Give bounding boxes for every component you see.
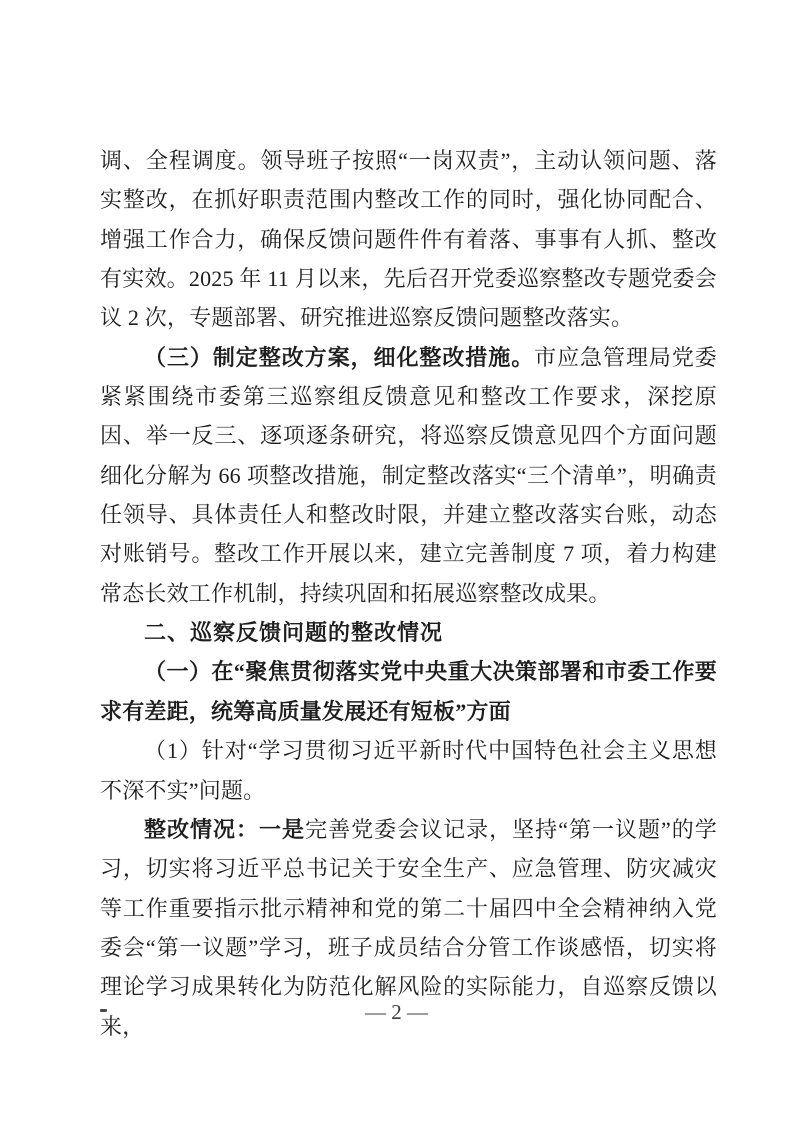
heading-part-two: 二、巡察反馈问题的整改情况 [100,613,717,652]
text-run-bold: 整改情况：一是 [144,817,305,842]
document-page: 调、全程调度。领导班子按照“一岗双责”，主动认领问题、落实整改，在抓好职责范围内… [0,0,793,1122]
text-run-hei: 二、巡察反馈问题的整改情况 [144,620,443,645]
text-run-body: 市应急管理局党委紧紧围绕市委第三巡察组反馈意见和整改工作要求，深挖原因、举一反三… [100,345,717,606]
heading-aspect-one: （一）在“聚焦贯彻落实党中央重大决策部署和市委工作要求有差距，统筹高质量发展还有… [100,652,717,731]
page-number: — 2 — [365,1000,428,1024]
page-footer: — 2 — [0,998,793,1026]
text-run-bold: （三）制定整改方案，细化整改措施。 [144,345,534,370]
text-run-bold: （一）在“聚焦贯彻落实党中央重大决策部署和市委工作要求有差距，统筹高质量发展还有… [100,659,717,723]
para-section-three: （三）制定整改方案，细化整改措施。市应急管理局党委紧紧围绕市委第三巡察组反馈意见… [100,338,717,613]
document-body: 调、全程调度。领导班子按照“一岗双责”，主动认领问题、落实整改，在抓好职责范围内… [100,141,717,1046]
para-continuation: 调、全程调度。领导班子按照“一岗双责”，主动认领问题、落实整改，在抓好职责范围内… [100,141,717,338]
text-run-body: （1）针对“学习贯彻习近平新时代中国特色社会主义思想不深不实”问题。 [100,738,717,802]
para-issue-one: （1）针对“学习贯彻习近平新时代中国特色社会主义思想不深不实”问题。 [100,731,717,810]
text-run-body: 调、全程调度。领导班子按照“一岗双责”，主动认领问题、落实整改，在抓好职责范围内… [100,148,717,330]
